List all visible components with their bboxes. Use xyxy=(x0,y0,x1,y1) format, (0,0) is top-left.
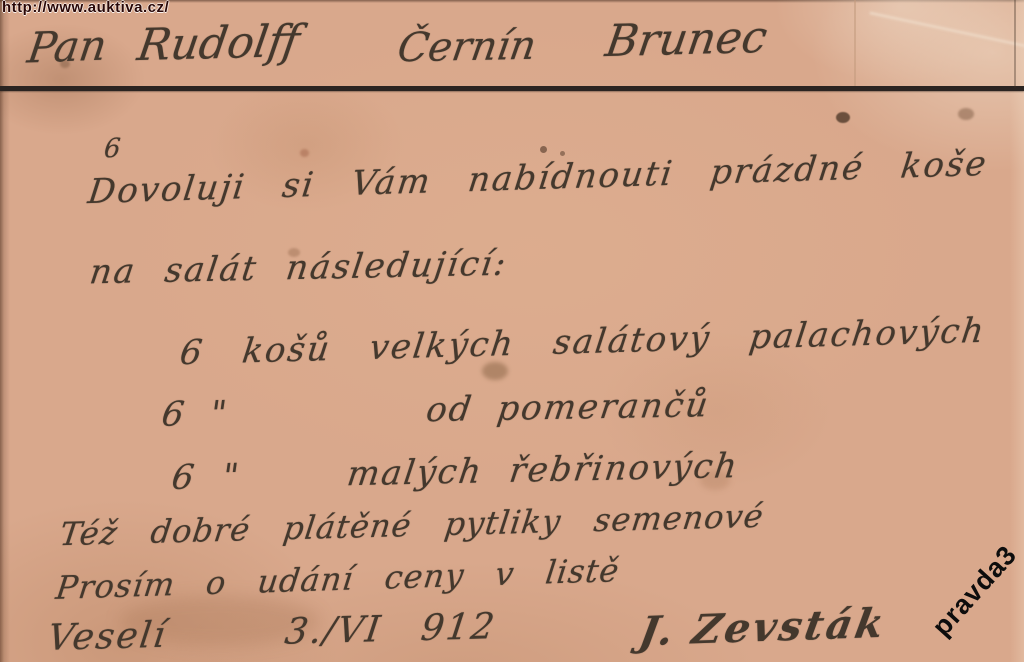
letter-line: na salát následující: xyxy=(87,244,510,293)
letter-line: 6 " malých řebřinových xyxy=(169,446,741,498)
paper-crease xyxy=(854,0,856,86)
pravda-stamp-watermark: pravda3 xyxy=(926,533,1024,643)
paper-crease xyxy=(869,11,1024,47)
address-place: Brunec xyxy=(602,12,770,67)
address-surname: Černín xyxy=(394,23,539,72)
letter-line: Též dobré plátěné pytliky semenové xyxy=(58,497,767,554)
source-url-watermark: http://www.auktiva.cz/ xyxy=(2,0,169,16)
card-right-border xyxy=(1014,0,1016,88)
letter-line: 6 košů velkých salátový palachových xyxy=(178,311,988,374)
corner-number: 6 xyxy=(103,133,122,164)
address-divider-rule xyxy=(0,86,1024,91)
paper-stain xyxy=(560,151,565,156)
letter-line: Dovoluji si Vám nabídnouti prázdné koše xyxy=(86,144,991,212)
address-first-name: Rudolff xyxy=(134,16,303,71)
letter-signature: J. Zevsták xyxy=(636,600,890,656)
paper-stain xyxy=(836,112,850,123)
paper-stain xyxy=(958,108,974,120)
scanned-postcard: http://www.auktiva.cz/ pravda3 Pan Rudol… xyxy=(0,0,1024,662)
letter-dateline: Veselí 3./VI 912 xyxy=(45,606,498,659)
letter-line: 6 " od pomerančů xyxy=(159,385,712,435)
paper-stain xyxy=(540,146,547,153)
letter-line: Prosím o udání ceny v listě xyxy=(54,551,622,607)
paper-stain xyxy=(300,149,309,157)
address-salutation: Pan xyxy=(25,20,110,72)
